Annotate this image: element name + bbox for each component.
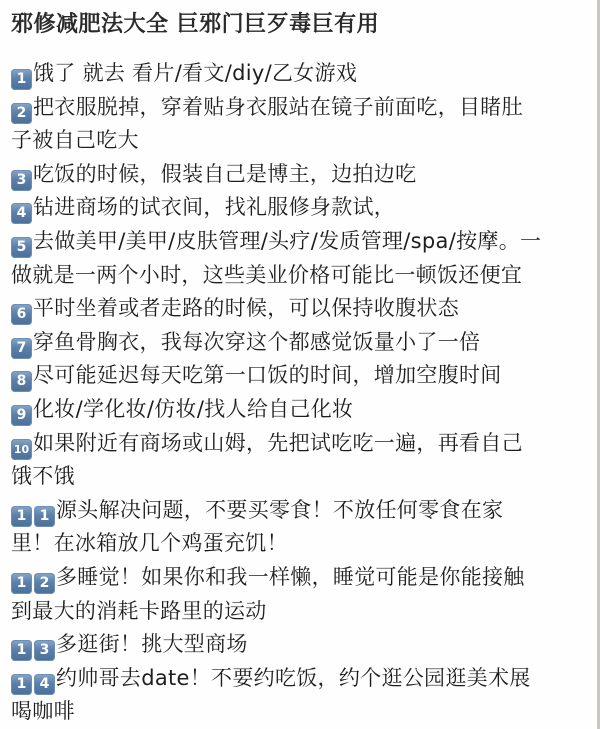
item-text: 吃饭的时候，假装自己是博主，边拍边吃	[33, 162, 416, 186]
keycap-number-icon: 1	[11, 573, 32, 594]
list-item: 8尽可能延迟每天吃第一口饭的时间，增加空腹时间	[11, 359, 571, 393]
tips-list: 1饿了 就去 看片/看文/diy/乙女游戏 2把衣服脱掉，穿着贴身衣服站在镜子前…	[11, 57, 571, 729]
item-text-continued: 做就是一两个小时，这些美业价格可能比一顿饭还便宜	[11, 259, 571, 293]
item-text-continued: 里！在冰箱放几个鸡蛋充饥！	[11, 527, 571, 561]
list-item: 6平时坐着或者走路的时候，可以保持收腹状态	[11, 292, 571, 326]
item-text: 源头解决问题，不要买零食！不放任何零食在家	[56, 498, 503, 522]
item-text-continued: 子被自己吃大	[11, 124, 571, 158]
item-text: 约帅哥去date！不要约吃饭，约个逛公园逛美术展	[56, 666, 531, 690]
list-item: 1饿了 就去 看片/看文/diy/乙女游戏	[11, 57, 571, 91]
keycap-number-icon: 2	[11, 103, 32, 124]
keycap-number-icon: 2	[34, 573, 55, 594]
item-text: 多睡觉！如果你和我一样懒，睡觉可能是你能接触	[56, 565, 525, 589]
keycap-number-icon: 1	[11, 640, 32, 661]
item-text: 化妆/学化妆/仿妆/找人给自己化妆	[33, 397, 353, 421]
note-page: 邪修减肥法大全 巨邪门巨歹毒巨有用 1饿了 就去 看片/看文/diy/乙女游戏 …	[0, 0, 597, 729]
list-item: 13多逛街！挑大型商场	[11, 628, 571, 662]
list-item: 14约帅哥去date！不要约吃饭，约个逛公园逛美术展 喝咖啡	[11, 662, 571, 729]
keycap-number-icon: 1	[34, 506, 55, 527]
list-item: 10如果附近有商场或山姆，先把试吃吃一遍，再看自己 饿不饿	[11, 427, 571, 494]
list-item: 9化妆/学化妆/仿妆/找人给自己化妆	[11, 393, 571, 427]
item-text: 平时坐着或者走路的时候，可以保持收腹状态	[33, 296, 459, 320]
keycap-number-icon: 6	[11, 304, 32, 325]
list-item: 2把衣服脱掉，穿着贴身衣服站在镜子前面吃，目睹肚 子被自己吃大	[11, 91, 571, 158]
keycap-number-icon: 3	[34, 640, 55, 661]
item-text: 饿了 就去 看片/看文/diy/乙女游戏	[33, 61, 357, 85]
item-text: 穿鱼骨胸衣，我每次穿这个都感觉饭量小了一倍	[33, 330, 480, 354]
item-text: 把衣服脱掉，穿着贴身衣服站在镜子前面吃，目睹肚	[33, 95, 523, 119]
keycap-number-icon: 7	[11, 338, 32, 359]
item-text: 如果附近有商场或山姆，先把试吃吃一遍，再看自己	[33, 431, 523, 455]
keycap-number-icon: 4	[34, 674, 55, 695]
list-item: 11源头解决问题，不要买零食！不放任何零食在家 里！在冰箱放几个鸡蛋充饥！	[11, 494, 571, 561]
list-item: 12多睡觉！如果你和我一样懒，睡觉可能是你能接触 到最大的消耗卡路里的运动	[11, 561, 571, 628]
keycap-number-icon: 3	[11, 170, 32, 191]
keycap-number-icon: 4	[11, 203, 32, 224]
keycap-number-icon: 1	[11, 69, 32, 90]
keycap-number-icon: 8	[11, 371, 32, 392]
post-title: 邪修减肥法大全 巨邪门巨歹毒巨有用	[11, 7, 379, 38]
item-text-continued: 喝咖啡	[11, 695, 571, 729]
keycap-number-icon: 9	[11, 405, 32, 426]
list-item: 5去做美甲/美甲/皮肤管理/头疗/发质管理/spa/按摩。一 做就是一两个小时，…	[11, 225, 571, 292]
keycap-number-icon: 1	[11, 674, 32, 695]
keycap-number-icon: 1	[11, 506, 32, 527]
list-item: 7穿鱼骨胸衣，我每次穿这个都感觉饭量小了一倍	[11, 326, 571, 360]
keycap-number-icon: 5	[11, 237, 32, 258]
item-text: 钻进商场的试衣间，找礼服修身款试，	[33, 195, 395, 219]
item-text-continued: 到最大的消耗卡路里的运动	[11, 595, 571, 629]
item-text: 尽可能延迟每天吃第一口饭的时间，增加空腹时间	[33, 363, 502, 387]
item-text: 多逛街！挑大型商场	[56, 632, 248, 656]
list-item: 3吃饭的时候，假装自己是博主，边拍边吃	[11, 158, 571, 192]
item-text: 去做美甲/美甲/皮肤管理/头疗/发质管理/spa/按摩。一	[33, 229, 541, 253]
keycap-number-icon: 10	[11, 439, 32, 460]
item-text-continued: 饿不饿	[11, 460, 571, 494]
list-item: 4钻进商场的试衣间，找礼服修身款试，	[11, 191, 571, 225]
